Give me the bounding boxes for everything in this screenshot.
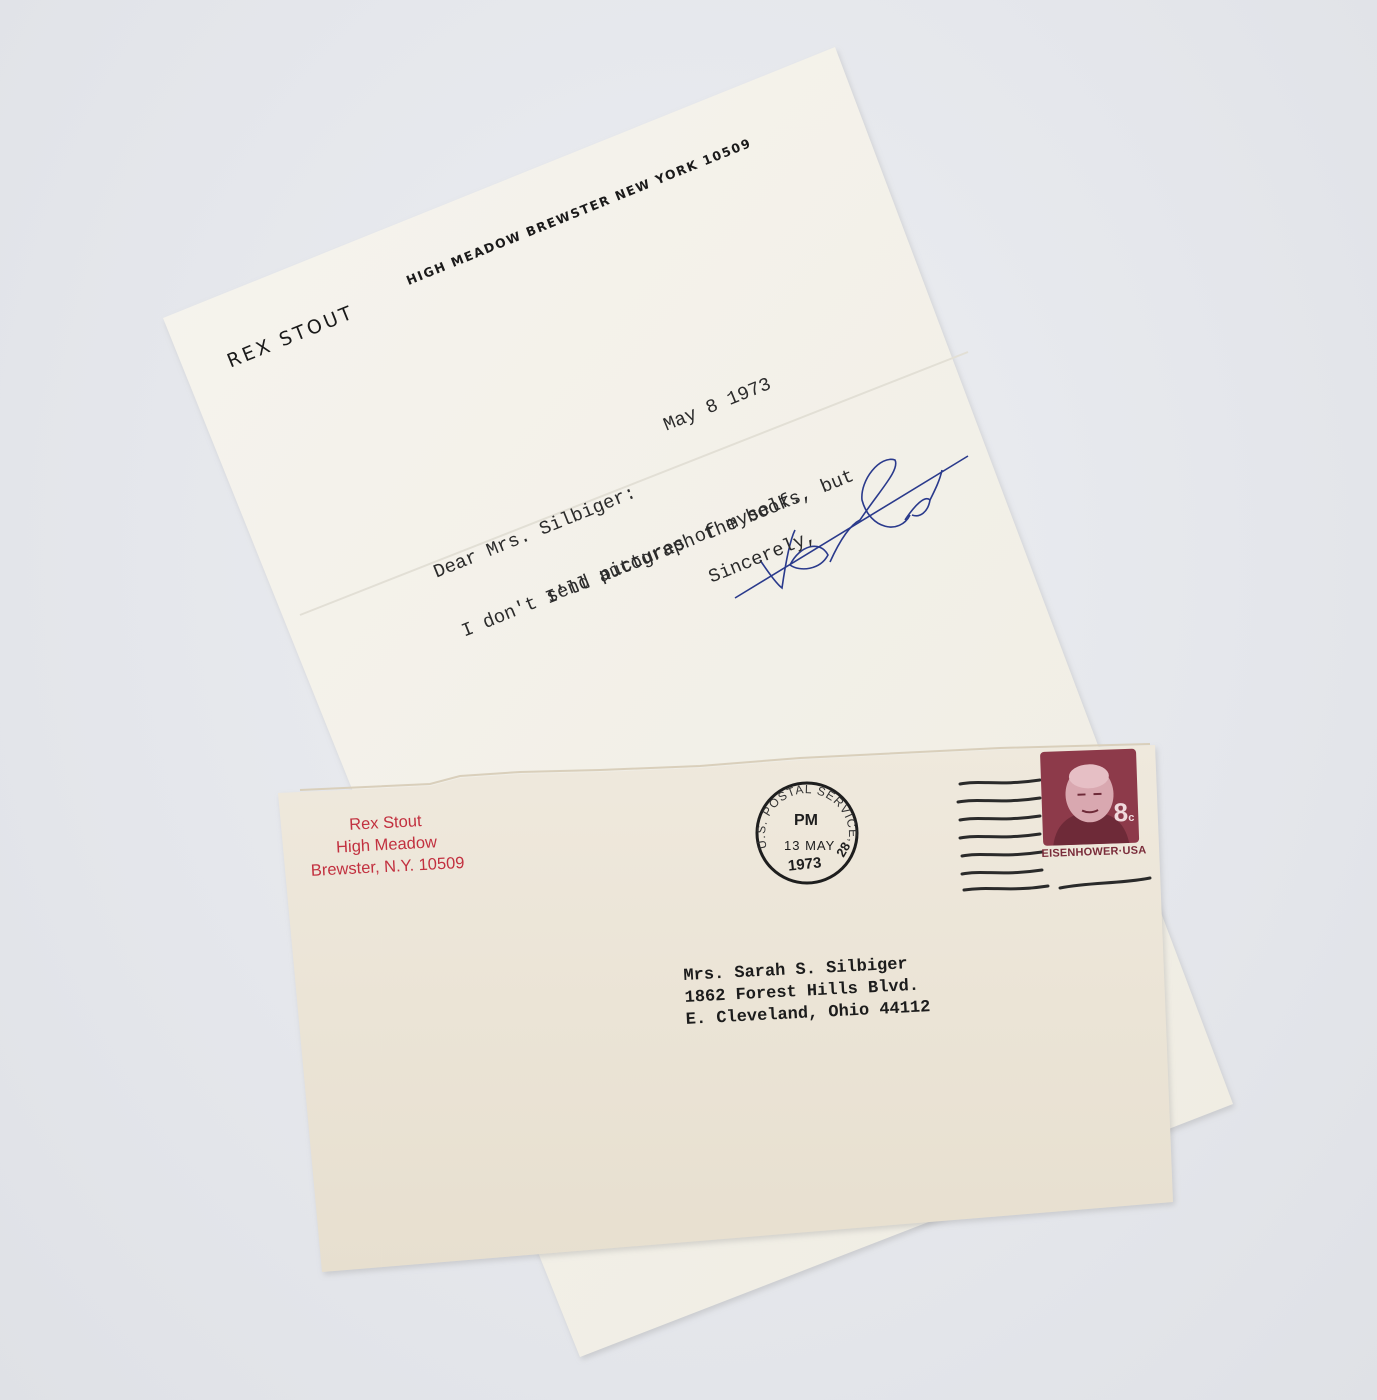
postage-stamp: 8c EISENHOWER·USA (1040, 749, 1140, 868)
stamp-caption: EISENHOWER·USA (1041, 845, 1141, 860)
paper-shapes (0, 0, 1377, 1400)
envelope-return-address: Rex Stout High Meadow Brewster, N.Y. 105… (308, 808, 465, 882)
postmark: U.S. POSTAL SERVICE, NY 105 PM 13 MAY 19… (752, 778, 862, 888)
postmark-year: 1973 (787, 854, 822, 874)
envelope-recipient-address: Mrs. Sarah S. Silbiger 1862 Forest Hills… (683, 953, 931, 1032)
postmark-time: PM (794, 812, 818, 830)
stamp-value: 8c (1113, 797, 1135, 829)
postmark-date: 13 MAY (784, 838, 835, 853)
stamp-portrait: 8c (1040, 749, 1139, 846)
photo-scene: REX STOUT HIGH MEADOW BREWSTER NEW YORK … (0, 0, 1377, 1400)
